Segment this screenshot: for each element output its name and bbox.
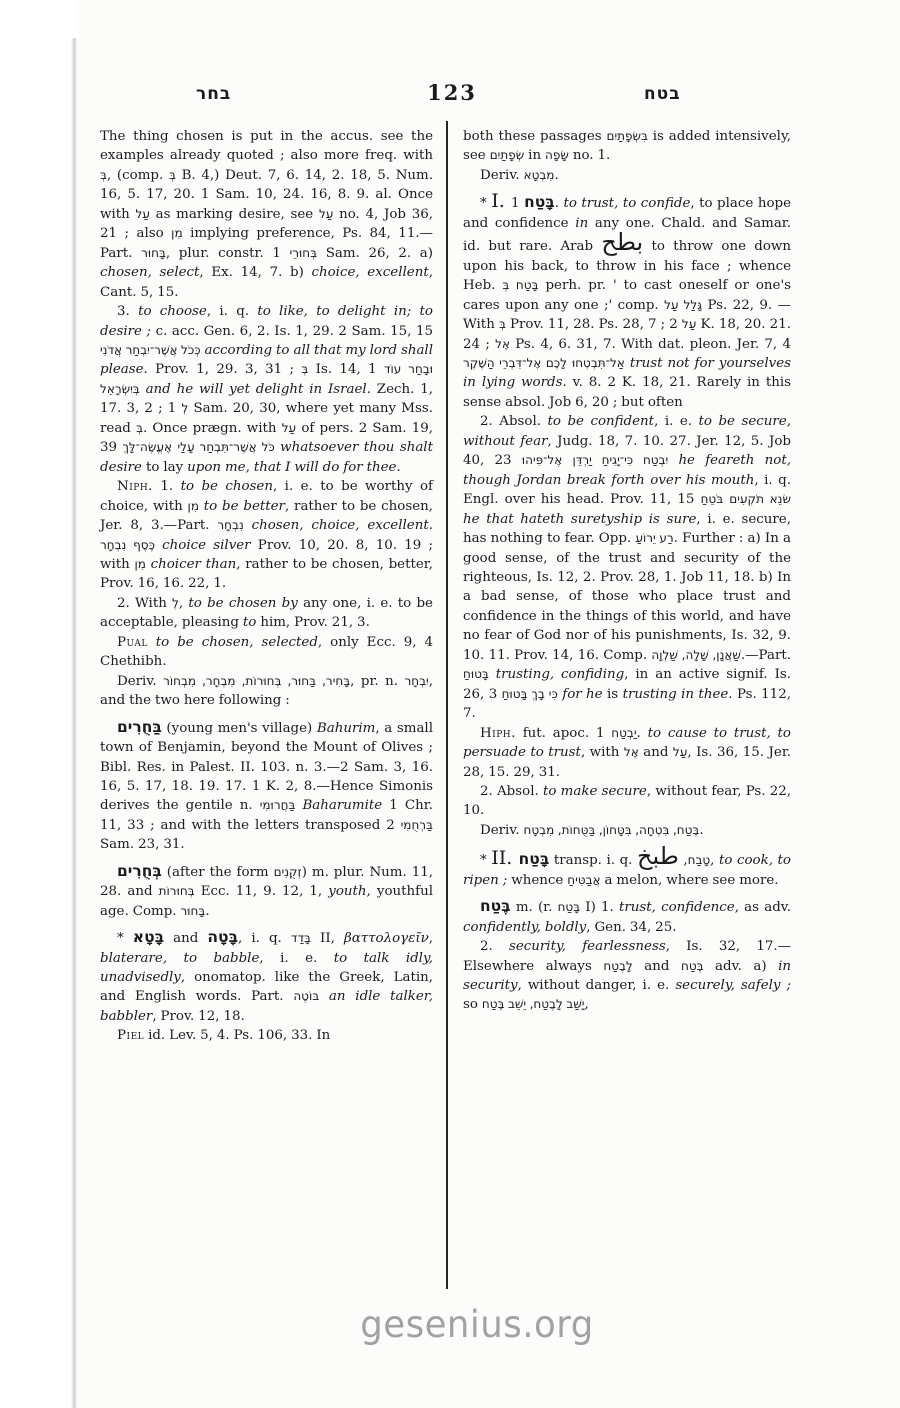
text-segment: (young men's village) [162,721,317,736]
hebrew-text: בְּ [100,168,107,182]
dictionary-paragraph: Pual to be chosen, selected, only Ecc. 9… [100,633,433,672]
text-segment: , i. q. [207,304,257,319]
text-segment: as marking desire, see [150,207,319,222]
dictionary-paragraph: Hiph. fut. apoc. יַבְטַח 1. to cause to … [463,724,791,782]
text-segment: 2. [480,939,509,954]
text-segment [562,453,572,468]
hebrew-entry-word: בָּטָה [207,928,238,946]
text-segment: The thing chosen is put in the accus. se… [100,129,433,163]
italic-text: choicer than [151,557,237,572]
text-segment: II, [311,931,344,946]
hebrew-text: רַע יֵרוֹעַ [635,531,673,545]
italic-text: upon me, that I will do for thee. [187,460,401,475]
text-segment: , [584,997,588,1012]
italic-text: trust, confidence [619,900,735,915]
header-catchword-right: בטח [644,84,681,104]
hebrew-text: יַבְטַח [611,726,636,740]
text-segment: 1. [153,479,181,494]
italic-text: chosen, select [100,265,199,280]
italic-text: to be chosen by [188,596,297,611]
text-segment: , i. e. [654,414,698,429]
hebrew-text: עַל [319,207,333,221]
text-segment: . [699,823,703,838]
hebrew-entry-word: בָּטַח [524,193,555,211]
text-segment [489,667,496,682]
hebrew-entry-word: בָּטַח [519,850,550,868]
hebrew-text: בָּטוּחַ [463,667,489,681]
arabic-text: بطح [601,228,643,256]
hebrew-text: בִּשְׂפָתַיִם [606,129,647,143]
text-segment: . Once prægn. with [143,421,282,436]
text-segment: and [639,745,673,760]
hebrew-text: בְּחוּרוֹת [159,884,195,898]
text-segment: and [164,931,207,946]
text-segment [244,518,252,533]
hebrew-text: יִבְחָר [405,674,429,688]
text-segment: Deriv. [480,168,524,183]
text-segment: transp. i. q. [549,853,637,868]
italic-text: confidently, boldly [463,920,586,935]
italic-text: youth [328,884,366,899]
text-segment: , [429,931,433,946]
hebrew-text: מִן [134,557,145,571]
text-segment: Deriv. [117,674,163,689]
text-segment: Ps. 4, 6. 31, 7. With dat. pleon. Jer. 7… [510,337,791,352]
text-segment: , Gen. 34, 25. [586,920,676,935]
hebrew-entry-word: בָּטָא [133,928,164,946]
hebrew-text: יָשַׁב לָבֶטַח, יֵשֵׁב בֶּטַח [482,997,585,1011]
dictionary-paragraph: The thing chosen is put in the accus. se… [100,127,433,302]
grammar-form-label: Pual [117,635,148,650]
hebrew-text: זְקֻנִים [274,865,302,879]
italic-text: chosen, choice, excellent. [252,518,433,533]
grammar-form-label: Piel [117,1028,144,1043]
italic-text: to be better [204,499,285,514]
italic-text: Bahurim [317,721,375,736]
text-segment: in [524,148,545,163]
dictionary-paragraph: 2. Absol. to make secure, without fear, … [463,782,791,821]
hebrew-text: שׂנֵא תֹקְעִים [729,492,791,506]
hebrew-text: טָבַח [688,853,711,867]
text-segment: , (comp. [107,168,169,183]
text-segment: a melon, where see more. [601,873,779,888]
text-segment: him, Prov. 21, 3. [256,615,369,630]
hebrew-text: כֹּל אֲשֶׁר־תִּבְחַר עָלַי [177,440,274,454]
hebrew-text: אֶל־פִּיהוּ [522,453,562,467]
hebrew-text: בַּחֲרוּמִי [260,798,296,812]
dictionary-paragraph: 2. Absol. to be confident, i. e. to be s… [463,412,791,723]
italic-text: to [243,615,256,630]
dictionary-paragraph: * II. בָּטַח transp. i. q. טָבַח, طبخ, t… [463,847,791,890]
text-segment: whence [507,873,567,888]
text-segment: both these passages [463,129,606,144]
hebrew-text: בֶּטַח [681,959,704,973]
italic-text: and he will yet delight in Israel. [146,382,371,397]
hebrew-text: יִבְטַח כִּי־יָגִיחַ יַרְדֵּן [573,453,669,467]
text-segment: * [480,196,491,211]
dictionary-paragraph: Deriv. מִבְטָא. [463,166,791,185]
dictionary-paragraph: Piel id. Lev. 5, 4. Ps. 106, 33. In [100,1026,433,1045]
italic-text: trusting in thee. [623,687,733,702]
italic-text: to make secure [543,784,647,799]
hebrew-text: לָכֶם אֶל־דִּבְרֵי הַשֶּׁקֶר [463,356,567,370]
text-segment: (after the form [162,865,274,880]
hebrew-text: שַׁאֲנָן, שָׁלָה, שַׁלְוָה [651,648,741,662]
dictionary-paragraph: Deriv. בָּחִיר, בַּחוּר, בְּחוּרוֹת, מִב… [100,672,433,711]
hebrew-text: מִן [188,499,199,513]
text-segment: no. 1. [569,148,610,163]
hebrew-text: אֲבַטִּיחַ [567,873,600,887]
hebrew-text: בָּחִיר, בַּחוּר, בְּחוּרוֹת, מִבְחָר, מ… [163,674,350,688]
text-segment: id. Lev. 5, 4. Ps. 106, 33. In [144,1028,330,1043]
dictionary-paragraph: 2. With לְ, to be chosen by any one, i. … [100,594,433,633]
hebrew-text: בְּ [499,317,506,331]
italic-text: to trust, to confide [563,196,690,211]
dictionary-paragraph: 3. to choose, i. q. to like, to delight … [100,302,433,477]
text-segment [148,635,156,650]
italic-text: to choose [138,304,207,319]
hebrew-text: בָּחוּר [141,246,166,260]
hebrew-text: עַל [673,745,687,759]
text-segment: * [480,853,491,868]
dictionary-paragraph: Deriv. בֶּטַח, בִּטְחָה, בִּטָּחוֹן, בַּ… [463,821,791,840]
italic-text: he that hateth suretyship is sure [463,512,696,527]
italic-text: security, fearlessness [509,939,666,954]
text-segment: Deriv. [480,823,524,838]
hebrew-text: מִבְטָא [524,168,555,182]
hebrew-text: כֶּסֶף נִבְחָר [100,538,155,552]
text-segment: c. acc. Gen. 6, 2. Is. 1, 29. 2 Sam. 15,… [151,324,433,339]
text-segment: 2. Absol. [480,784,543,799]
hebrew-text: בָּדַד [291,931,311,945]
hebrew-entry-word: בְּחֻרִים [117,862,162,880]
arabic-text: طبخ [637,842,679,870]
hebrew-text: בַּרְחֻמִי [401,818,433,832]
hebrew-text: עַל [135,207,149,221]
italic-text: to be confident [548,414,655,429]
page-number: 123 [400,80,504,105]
hebrew-text: בּוֹטֶה [293,989,319,1003]
hebrew-text: בְּ [169,168,176,182]
roman-numeral: II. [491,847,518,869]
column-left: The thing chosen is put in the accus. se… [100,127,433,1046]
text-segment: , plur. constr. [166,246,272,261]
hebrew-text: מִן [171,226,182,240]
hebrew-text: כְּכֹל אֲשֶׁר־יִבְחַר אֲדֹנִי [100,343,201,357]
hebrew-text: בָּחוּר [180,904,205,918]
hebrew-text: לְ [172,596,179,610]
italic-text: for he [562,687,602,702]
hebrew-text: שְׂפָתַיִם [490,148,525,162]
column-right: both these passages בִּשְׂפָתַיִם is add… [463,127,791,1015]
text-segment: to lay [142,460,187,475]
text-segment: , [179,596,189,611]
text-segment: adv. a) [704,959,779,974]
hebrew-text: גָּלַל עַל [664,298,702,312]
greek-text: βαττολογεῖν [344,931,429,946]
hebrew-text: אֶעֱשֶׂה־לָּךְ [122,440,172,454]
header-catchword-left: בחר [196,84,231,104]
hebrew-text: בָּטַח [558,900,581,914]
text-segment: , i. e. [259,951,333,966]
text-segment: Ecc. 11, 9. 12, 1, [195,884,329,899]
hebrew-text: אֶל [495,337,510,351]
italic-text: in [575,216,588,231]
text-segment: Is. 14, 1 [308,362,384,377]
text-segment: * [117,931,133,946]
italic-text: Baharumite [302,798,382,813]
column-divider [446,121,448,1289]
hebrew-text: בְּ [136,421,143,435]
hebrew-text: אֶל [624,745,639,759]
italic-text: choice, excellent [311,265,428,280]
dictionary-paragraph: both these passages בִּשְׂפָתַיִם is add… [463,127,791,166]
hebrew-entry-word: בֶּטַח [480,897,511,915]
dictionary-paragraph: בְּחֻרִים (after the form זְקֻנִים) m. p… [100,862,433,921]
text-segment: , pr. n. [350,674,404,689]
hebrew-text: אַל־תִּבְטְחוּ [572,356,625,370]
hebrew-text: בְּחוּרֵי [290,246,318,260]
italic-text: to be chosen [181,479,273,494]
roman-numeral: I. [491,190,511,212]
text-segment: 3. [117,304,138,319]
hebrew-entry-word: בַּחֻרִים [117,718,162,736]
page-edge-shadow [71,38,77,1408]
italic-text: trusting, confiding [496,667,624,682]
text-segment: , [710,853,719,868]
text-segment: , with [581,745,624,760]
grammar-form-label: Hiph. [480,726,516,741]
hebrew-text: לָבֶטַח [603,959,632,973]
hebrew-text: בָּטַח בְּ [502,278,538,292]
italic-text: to be chosen, selected [156,635,318,650]
dictionary-paragraph: Niph. 1. to be chosen, i. e. to be worth… [100,477,433,594]
text-segment: , as adv. [735,900,791,915]
italic-text: blaterare, to babble [100,951,259,966]
text-segment: , without danger, i. e. [518,978,676,993]
text-segment: , [679,853,688,868]
hebrew-text: נִבְחָר [217,518,243,532]
text-segment: and [633,959,681,974]
text-segment: . Further : a) In a good sense, of the t… [463,531,791,663]
text-segment: Prov. 1, 29. 3, 31 ; [148,362,302,377]
dictionary-paragraph: * בָּטָא and בָּטָה, i. q. בָּדַד II, βα… [100,928,433,1026]
text-segment: , i. q. [238,931,291,946]
dictionary-paragraph: * I. בָּטַח 1. to trust, to confide, to … [463,192,791,412]
text-segment [319,989,329,1004]
grammar-form-label: Niph. [117,479,153,494]
hebrew-text: כִּי בָךְ בָּטוּחַ [502,687,558,701]
text-segment: so [463,997,482,1012]
text-segment: .—Part. [741,648,791,663]
text-segment [668,453,678,468]
text-segment: I) 1. [580,900,619,915]
watermark: gesenius.org [45,1303,900,1346]
dictionary-paragraph: בַּחֻרִים (young men's village) Bahurim,… [100,718,433,855]
text-segment: 2. Absol. [480,414,548,429]
italic-text: choice silver [162,538,250,553]
text-segment: Prov. 11, 28. Ps. 28, 7 ; [506,317,669,332]
text-segment: m. (r. [511,900,558,915]
text-segment: is [603,687,623,702]
dictionary-paragraph: בֶּטַח m. (r. בָּטַח I) 1. trust, confid… [463,897,791,937]
hebrew-text: בֶּטַח, בִּטְחָה, בִּטָּחוֹן, בַּטֻּחוֹת… [524,823,700,837]
hebrew-text: שָׂפָה [545,148,569,162]
text-segment: fut. apoc. [516,726,596,741]
hebrew-text: עַל [682,317,696,331]
text-segment: . [554,168,558,183]
hebrew-text: בֹּטֵחַ [701,492,724,506]
text-segment: 2. With [117,596,172,611]
hebrew-text: עַל [282,421,296,435]
dictionary-paragraph: 2. security, fearlessness, Is. 32, 17.— … [463,937,791,1015]
text-segment: . [205,904,209,919]
text-segment: , Ex. 14, 7. b) [199,265,311,280]
italic-text: securely, safely ; [675,978,791,993]
text-segment: , Prov. 12, 18. [152,1009,244,1024]
